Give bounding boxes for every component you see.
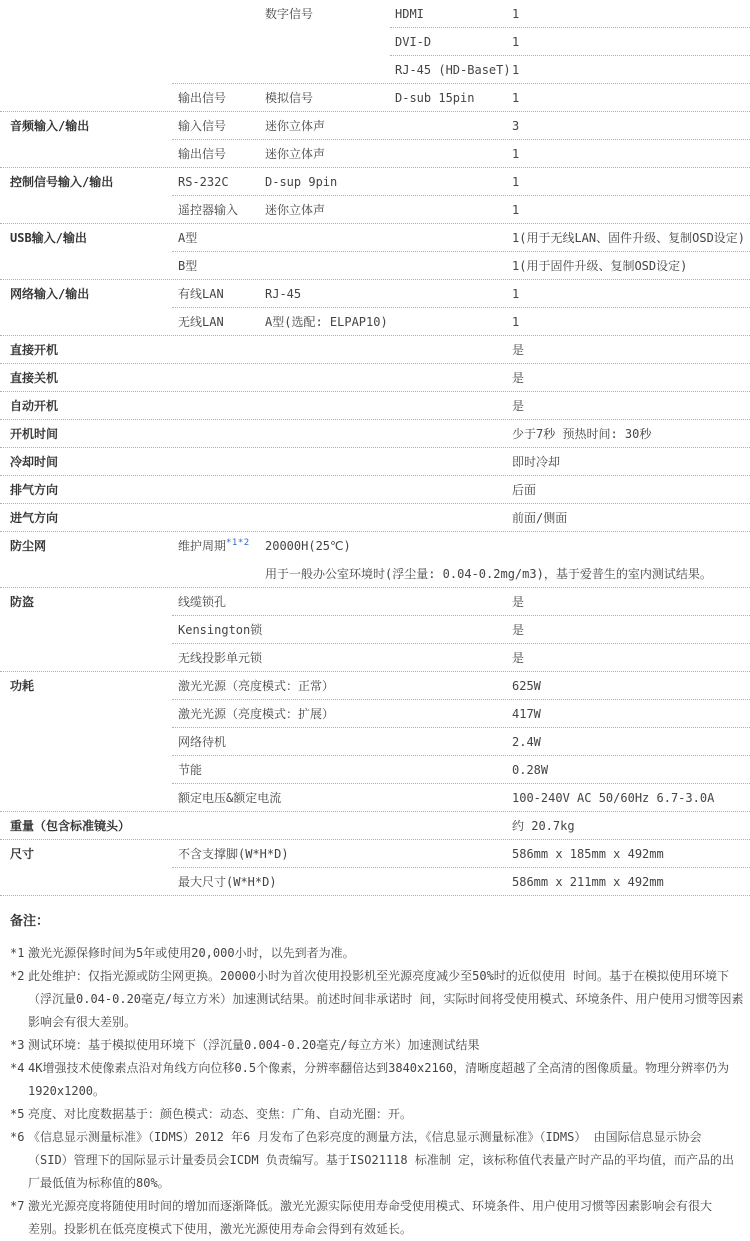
cell-text: A型(选配: ELPAP10) [265, 315, 388, 329]
row-value: 是 [512, 399, 524, 413]
row-value: 1 [512, 7, 519, 21]
row-label: 控制信号输入/输出 [10, 175, 113, 189]
row-value: 625W [512, 679, 541, 693]
table-row: 直接关机是 [0, 364, 750, 392]
cell-text: 迷你立体声 [265, 147, 325, 161]
row-label: 网络输入/输出 [10, 287, 89, 301]
footnote-ref: *1*2 [226, 538, 250, 548]
cell-text: 20000H(25℃) [265, 539, 351, 553]
row-value: 是 [512, 651, 524, 665]
note-item: *7激光光源亮度将随使用时间的增加而逐渐降低。激光光源实际使用寿命受使用模式、环… [0, 1195, 750, 1241]
note-item: *3测试环境：基于模拟使用环境下（浮沉量0.004-0.20毫克/每立方米）加速… [0, 1034, 750, 1057]
cell-text: 迷你立体声 [265, 119, 325, 133]
note-item: *5亮度、对比度数据基于：颜色模式：动态、变焦：广角、自动光圈：开。 [0, 1103, 750, 1126]
table-row: 进气方向前面/侧面 [0, 504, 750, 532]
table-row: 控制信号输入/输出RS-232CD-sup 9pin1 [0, 168, 750, 196]
cell-text: 有线LAN [178, 287, 224, 301]
table-row: 激光光源（亮度模式：扩展）417W [0, 700, 750, 728]
row-value: 1 [512, 315, 519, 329]
row-value: 1 [512, 287, 519, 301]
table-row: DVI-D1 [0, 28, 750, 56]
table-row: 防盗线缆锁孔是 [0, 588, 750, 616]
table-row: 遥控器输入迷你立体声1 [0, 196, 750, 224]
table-row: 无线LANA型(选配: ELPAP10)1 [0, 308, 750, 336]
row-label: 排气方向 [10, 483, 58, 497]
table-row: 尺寸不含支撑脚(W*H*D)586mm x 185mm x 492mm [0, 840, 750, 868]
row-value: 是 [512, 623, 524, 637]
note-marker: *6 [10, 1126, 28, 1149]
spec-table: 数字信号HDMI1DVI-D1RJ-45 (HD-BaseT)1输出信号模拟信号… [0, 0, 750, 896]
cell-text: 线缆锁孔 [178, 595, 226, 609]
cell-text: 输出信号 [178, 91, 226, 105]
cell-text: 模拟信号 [265, 91, 313, 105]
table-row: 冷却时间即时冷却 [0, 448, 750, 476]
table-row: 数字信号HDMI1 [0, 0, 750, 28]
cell-text: RJ-45 [265, 287, 301, 301]
cell-text: D-sup 9pin [265, 175, 337, 189]
table-row: B型1(用于固件升级、复制OSD设定) [0, 252, 750, 280]
row-label: 重量（包含标准镜头） [10, 819, 130, 833]
cell-text: D-sub 15pin [395, 91, 474, 105]
row-value: 1 [512, 147, 519, 161]
note-item: *44K增强技术使像素点沿对角线方向位移0.5个像素，分辨率翻倍达到3840x2… [0, 1057, 750, 1103]
cell-text: RJ-45 (HD-BaseT) [395, 63, 511, 77]
table-row: Kensington锁是 [0, 616, 750, 644]
table-row: 防尘网维护周期*1*220000H(25℃) [0, 532, 750, 560]
note-text: 激光光源保修时间为5年或使用20,000小时，以先到者为准。 [28, 942, 750, 965]
table-row: 自动开机是 [0, 392, 750, 420]
cell-text: DVI-D [395, 35, 431, 49]
cell-text: B型 [178, 259, 197, 273]
table-row: 排气方向后面 [0, 476, 750, 504]
cell-text: 激光光源（亮度模式：正常） [178, 679, 334, 693]
row-value: 586mm x 185mm x 492mm [512, 847, 664, 861]
cell-text: 输入信号 [178, 119, 226, 133]
cell-text: 迷你立体声 [265, 203, 325, 217]
row-value: 是 [512, 371, 524, 385]
notes-section: 备注： *1激光光源保修时间为5年或使用20,000小时，以先到者为准。*2此处… [0, 896, 750, 1241]
row-value: 0.28W [512, 763, 548, 777]
note-item: *1激光光源保修时间为5年或使用20,000小时，以先到者为准。 [0, 942, 750, 965]
note-marker: *7 [10, 1195, 28, 1218]
table-row: 网络待机2.4W [0, 728, 750, 756]
table-row: 输出信号迷你立体声1 [0, 140, 750, 168]
note-marker: *1 [10, 942, 28, 965]
row-value: 约 20.7kg [512, 819, 575, 833]
table-row: 开机时间少于7秒 预热时间: 30秒 [0, 420, 750, 448]
note-marker: *3 [10, 1034, 28, 1057]
cell-text: Kensington锁 [178, 623, 262, 637]
row-label: 尺寸 [10, 847, 34, 861]
row-label: 功耗 [10, 679, 34, 693]
cell-text: 最大尺寸(W*H*D) [178, 875, 277, 889]
note-text: 亮度、对比度数据基于：颜色模式：动态、变焦：广角、自动光圈：开。 [28, 1103, 750, 1126]
table-row: 音频输入/输出输入信号迷你立体声3 [0, 112, 750, 140]
row-value: 417W [512, 707, 541, 721]
row-label: 防盗 [10, 595, 34, 609]
note-text: 《信息显示测量标准》（IDMS）2012 年6 月发布了色彩亮度的测量方法，《信… [28, 1126, 750, 1195]
row-value: 1 [512, 63, 519, 77]
table-row: 节能0.28W [0, 756, 750, 784]
row-value: 100-240V AC 50/60Hz 6.7-3.0A [512, 791, 714, 805]
note-marker: *2 [10, 965, 28, 988]
row-value: 是 [512, 343, 524, 357]
note-text: 4K增强技术使像素点沿对角线方向位移0.5个像素，分辨率翻倍达到3840x216… [28, 1057, 750, 1103]
cell-text: 输出信号 [178, 147, 226, 161]
cell-text: 激光光源（亮度模式：扩展） [178, 707, 334, 721]
row-value: 2.4W [512, 735, 541, 749]
row-value: 前面/侧面 [512, 511, 567, 525]
row-label: 冷却时间 [10, 455, 58, 469]
row-label: 防尘网 [10, 539, 46, 553]
row-separator [0, 895, 750, 896]
table-row: 最大尺寸(W*H*D)586mm x 211mm x 492mm [0, 868, 750, 896]
table-row: 无线投影单元锁是 [0, 644, 750, 672]
note-marker: *5 [10, 1103, 28, 1126]
notes-heading: 备注： [10, 913, 750, 931]
row-value: 即时冷却 [512, 455, 560, 469]
row-value: 后面 [512, 483, 536, 497]
note-text: 此处维护：仅指光源或防尘网更换。20000小时为首次使用投影机至光源亮度减少至5… [28, 965, 750, 1034]
row-value: 1 [512, 175, 519, 189]
row-label: 进气方向 [10, 511, 58, 525]
cell-text: 额定电压&额定电流 [178, 791, 281, 805]
table-row: 用于一般办公室环境时(浮尘量: 0.04-0.2mg/m3)，基于爱普生的室内测… [0, 560, 750, 588]
cell-text: 节能 [178, 763, 202, 777]
cell-text: A型 [178, 231, 197, 245]
table-row: 直接开机是 [0, 336, 750, 364]
cell-text: 遥控器输入 [178, 203, 238, 217]
table-row: 功耗激光光源（亮度模式：正常）625W [0, 672, 750, 700]
table-row: 额定电压&额定电流100-240V AC 50/60Hz 6.7-3.0A [0, 784, 750, 812]
row-label: 音频输入/输出 [10, 119, 89, 133]
row-value: 1 [512, 35, 519, 49]
cell-text: 不含支撑脚(W*H*D) [178, 847, 289, 861]
note-text: 测试环境：基于模拟使用环境下（浮沉量0.004-0.20毫克/每立方米）加速测试… [28, 1034, 750, 1057]
row-label: 自动开机 [10, 399, 58, 413]
row-value: 是 [512, 595, 524, 609]
row-value: 3 [512, 119, 519, 133]
table-row: 网络输入/输出有线LANRJ-451 [0, 280, 750, 308]
row-value: 1 [512, 91, 519, 105]
cell-text: HDMI [395, 7, 424, 21]
notes-list: *1激光光源保修时间为5年或使用20,000小时，以先到者为准。*2此处维护：仅… [0, 942, 750, 1241]
cell-text: 数字信号 [265, 7, 313, 21]
row-value: 1(用于无线LAN、固件升级、复制OSD设定) [512, 231, 745, 245]
cell-text: 网络待机 [178, 735, 226, 749]
row-value: 1(用于固件升级、复制OSD设定) [512, 259, 687, 273]
table-row: 输出信号模拟信号D-sub 15pin1 [0, 84, 750, 112]
note-item: *2此处维护：仅指光源或防尘网更换。20000小时为首次使用投影机至光源亮度减少… [0, 965, 750, 1034]
spec-sheet-page: 数字信号HDMI1DVI-D1RJ-45 (HD-BaseT)1输出信号模拟信号… [0, 0, 750, 1241]
cell-text: 用于一般办公室环境时(浮尘量: 0.04-0.2mg/m3)，基于爱普生的室内测… [265, 567, 712, 581]
note-text: 激光光源亮度将随使用时间的增加而逐渐降低。激光光源实际使用寿命受使用模式、环境条… [28, 1195, 750, 1241]
cell-text: 无线投影单元锁 [178, 651, 262, 665]
row-value: 1 [512, 203, 519, 217]
row-label: 开机时间 [10, 427, 58, 441]
table-row: USB输入/输出A型1(用于无线LAN、固件升级、复制OSD设定) [0, 224, 750, 252]
table-row: 重量（包含标准镜头）约 20.7kg [0, 812, 750, 840]
note-item: *6《信息显示测量标准》（IDMS）2012 年6 月发布了色彩亮度的测量方法，… [0, 1126, 750, 1195]
row-value: 586mm x 211mm x 492mm [512, 875, 664, 889]
cell-text: RS-232C [178, 175, 229, 189]
row-label: USB输入/输出 [10, 231, 87, 245]
row-label: 直接关机 [10, 371, 58, 385]
row-value: 少于7秒 预热时间: 30秒 [512, 427, 651, 441]
table-row: RJ-45 (HD-BaseT)1 [0, 56, 750, 84]
note-marker: *4 [10, 1057, 28, 1080]
cell-text: 维护周期*1*2 [178, 539, 250, 553]
cell-text: 无线LAN [178, 315, 224, 329]
row-label: 直接开机 [10, 343, 58, 357]
